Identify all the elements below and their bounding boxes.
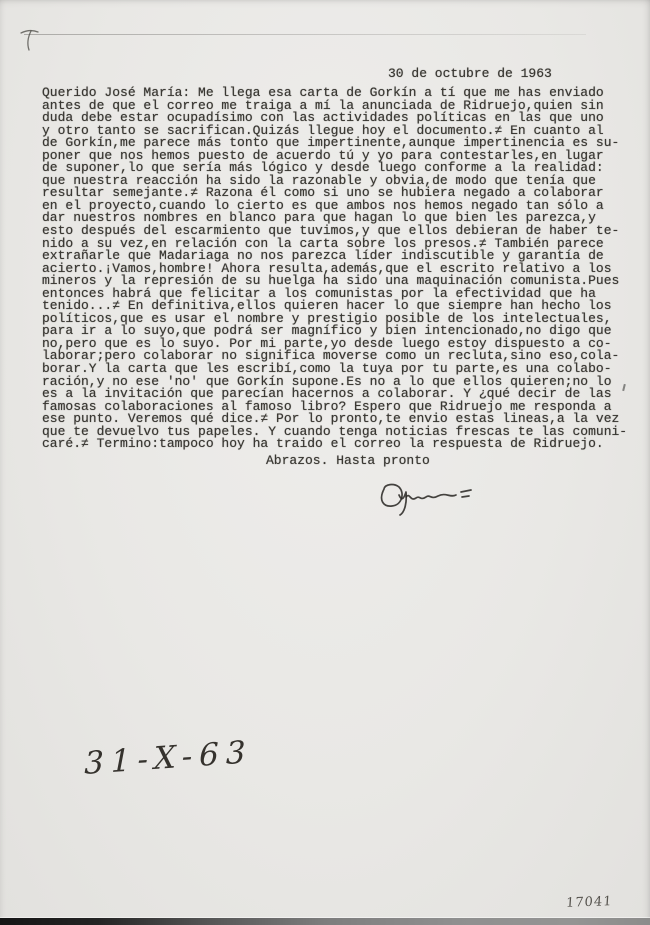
handwritten-date: 31-X-63 [84,734,252,782]
letter-date: 30 de octubre de 1963 [388,67,552,81]
scan-edge-bottom [0,918,650,925]
letter-body: Querido José María: Me llega esa carta d… [42,87,627,451]
scanned-letter-page: 30 de octubre de 1963 Querido José María… [0,0,650,925]
letter-closing: Abrazos. Hasta pronto [266,454,430,468]
archive-number: 17041 [565,894,612,911]
handwritten-signature-icon [372,479,472,523]
scan-artifact-line [24,34,586,35]
pen-mark-icon [18,25,42,53]
